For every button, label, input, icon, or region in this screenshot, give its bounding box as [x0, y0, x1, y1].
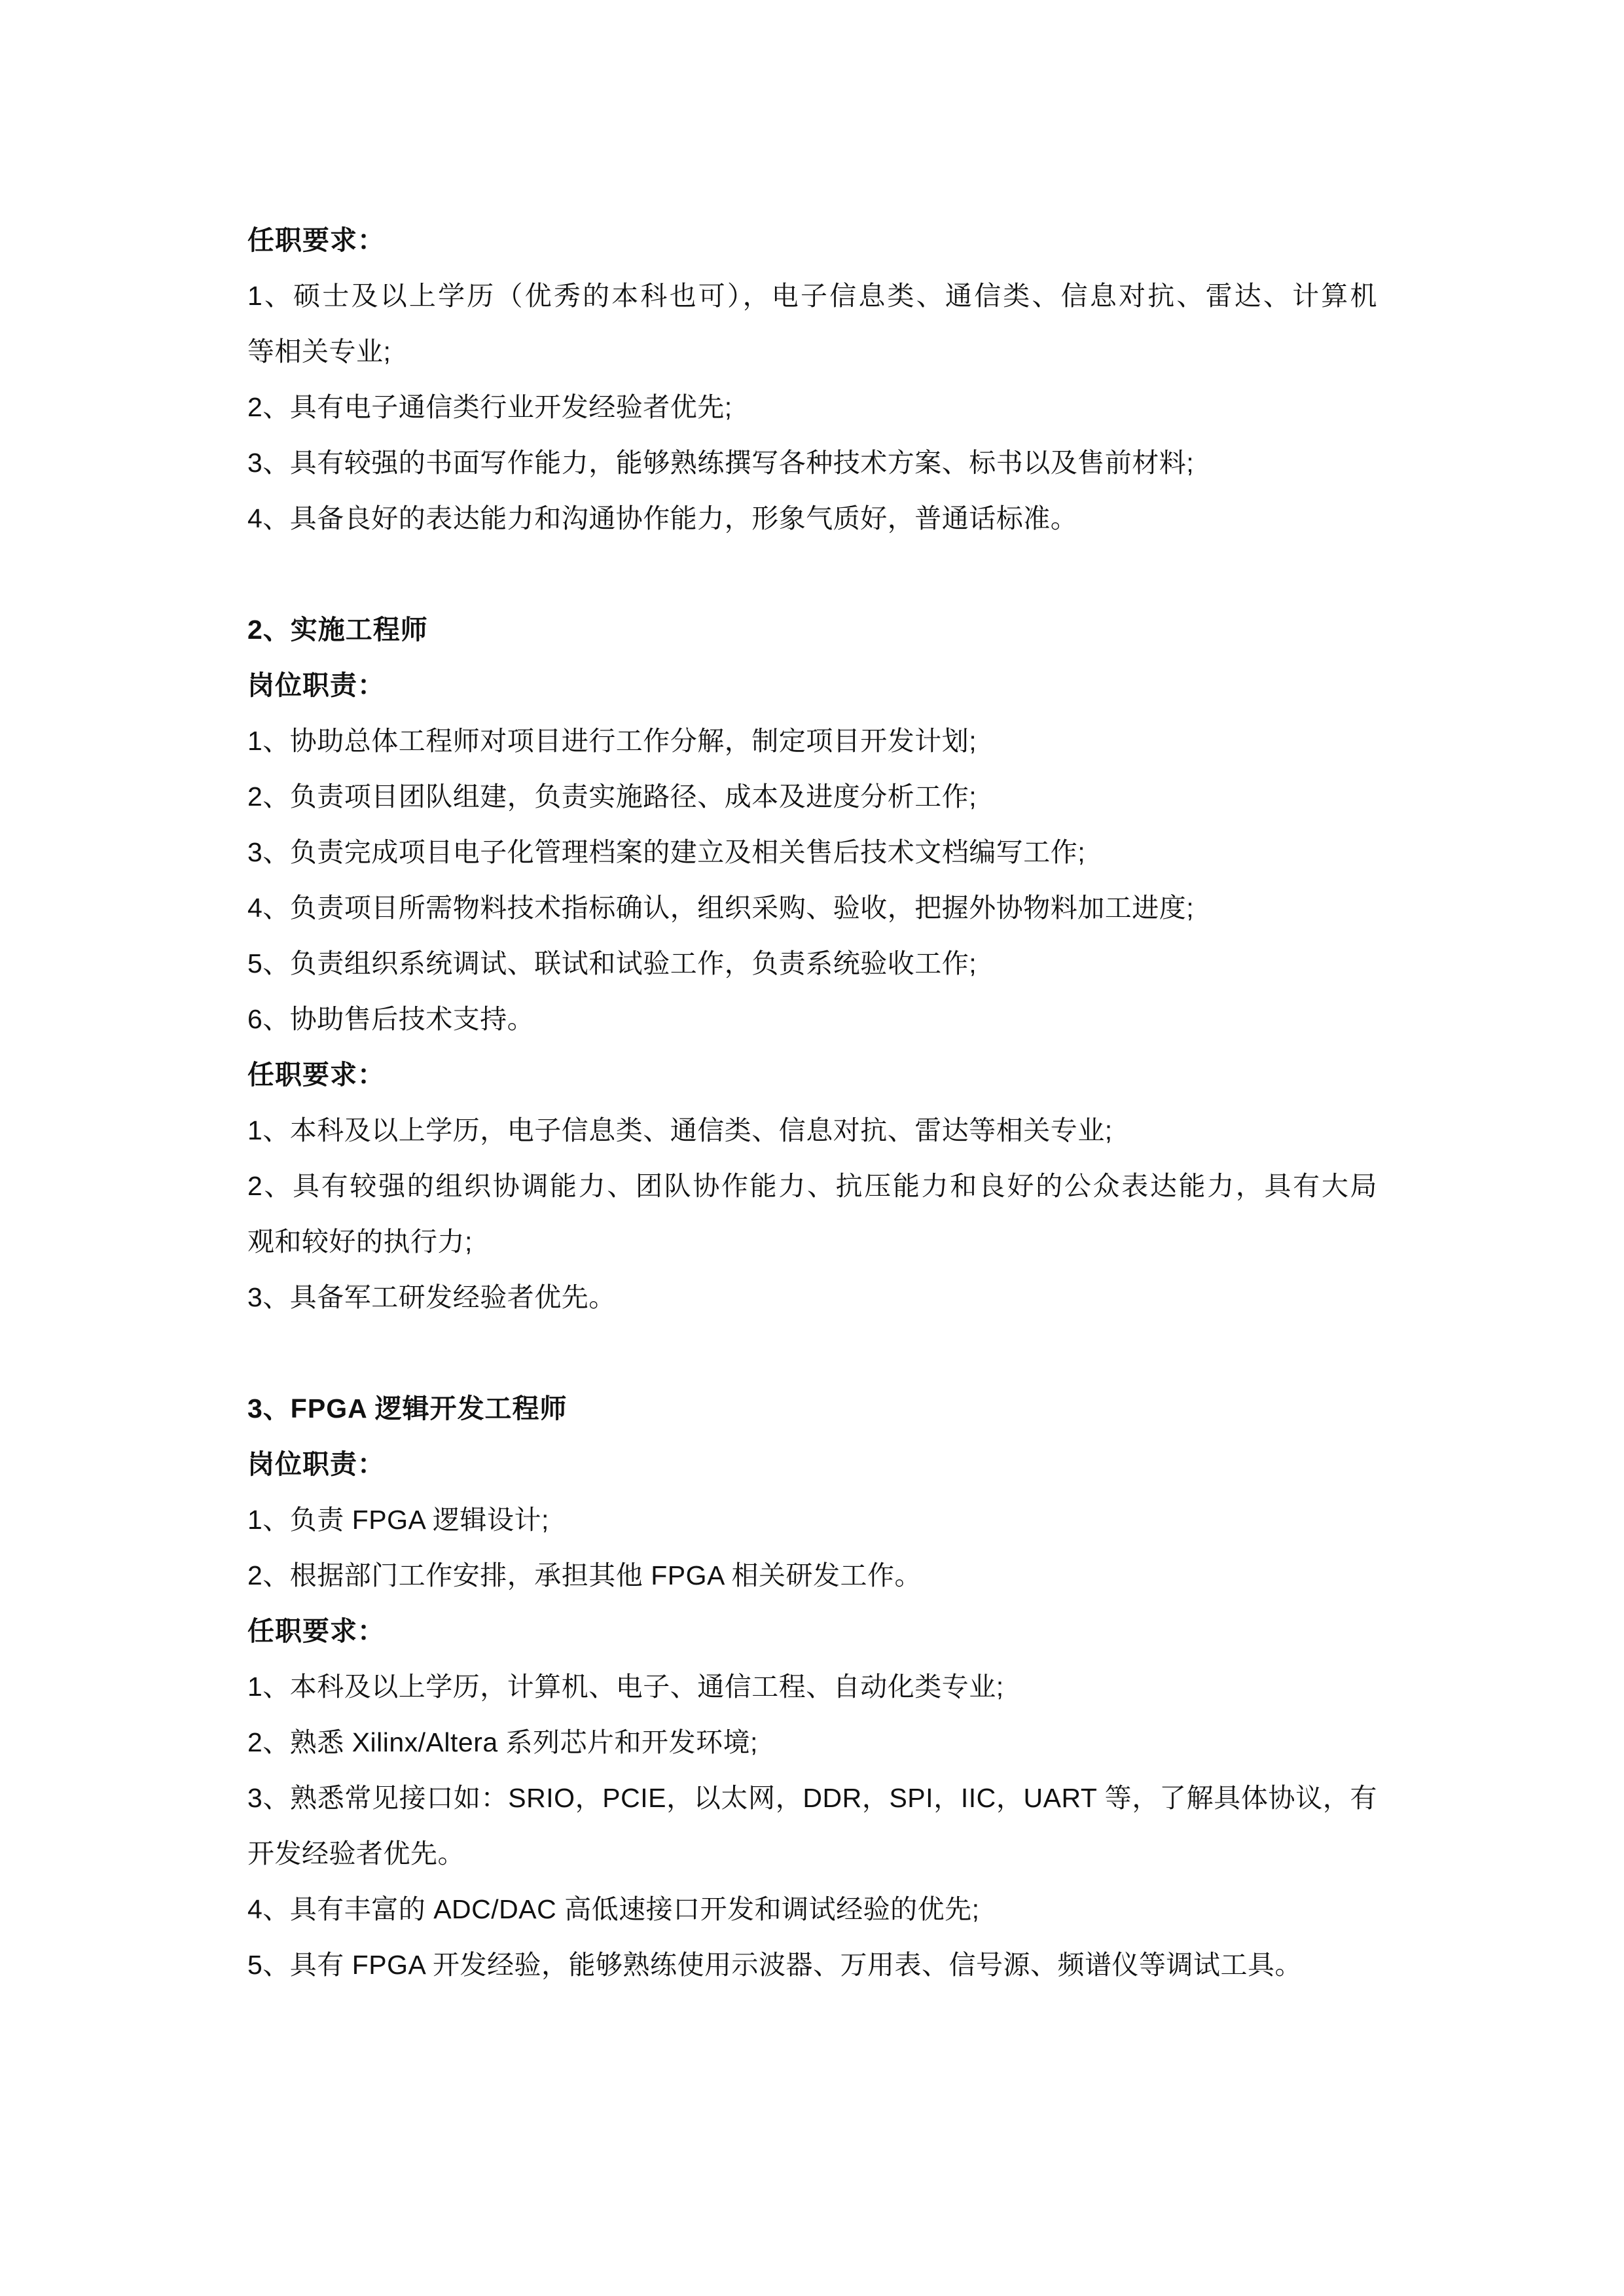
text-line: 3、负责完成项目电子化管理档案的建立及相关售后技术文档编写工作;: [247, 825, 1377, 880]
text-line: 2、具有电子通信类行业开发经验者优先;: [247, 380, 1377, 435]
text-line: 观和较好的执行力;: [247, 1214, 1377, 1270]
field-label-line: 任职要求：: [247, 1604, 1377, 1659]
text-line: 1、本科及以上学历，计算机、电子、通信工程、自动化类专业;: [247, 1659, 1377, 1715]
text-line: 4、具有丰富的 ADC/DAC 高低速接口开发和调试经验的优先;: [247, 1882, 1377, 1937]
field-label-line: 岗位职责：: [247, 1437, 1377, 1492]
text-line: 1、硕士及以上学历（优秀的本科也可），电子信息类、通信类、信息对抗、雷达、计算机: [247, 268, 1377, 324]
text-line: 4、具备良好的表达能力和沟通协作能力，形象气质好，普通话标准。: [247, 491, 1377, 547]
text-line: 6、协助售后技术支持。: [247, 992, 1377, 1047]
section-title-line: 3、FPGA 逻辑开发工程师: [247, 1381, 1377, 1437]
document-page: 任职要求： 1、硕士及以上学历（优秀的本科也可），电子信息类、通信类、信息对抗、…: [0, 0, 1624, 2296]
blank-line: [247, 1325, 1377, 1381]
text-line: 5、具有 FPGA 开发经验，能够熟练使用示波器、万用表、信号源、频谱仪等调试工…: [247, 1937, 1377, 1993]
text-line: 1、本科及以上学历，电子信息类、通信类、信息对抗、雷达等相关专业;: [247, 1103, 1377, 1158]
text-line: 1、负责 FPGA 逻辑设计;: [247, 1492, 1377, 1548]
text-line: 3、具有较强的书面写作能力，能够熟练撰写各种技术方案、标书以及售前材料;: [247, 435, 1377, 491]
field-label-line: 任职要求：: [247, 213, 1377, 268]
text-line: 5、负责组织系统调试、联试和试验工作，负责系统验收工作;: [247, 936, 1377, 992]
document-content: 任职要求： 1、硕士及以上学历（优秀的本科也可），电子信息类、通信类、信息对抗、…: [247, 213, 1377, 1993]
text-line: 2、熟悉 Xilinx/Altera 系列芯片和开发环境;: [247, 1715, 1377, 1770]
text-line: 开发经验者优先。: [247, 1826, 1377, 1882]
field-label-line: 岗位职责：: [247, 658, 1377, 713]
field-label-line: 任职要求：: [247, 1047, 1377, 1103]
text-line: 4、负责项目所需物料技术指标确认，组织采购、验收，把握外协物料加工进度;: [247, 880, 1377, 936]
text-line: 2、负责项目团队组建，负责实施路径、成本及进度分析工作;: [247, 769, 1377, 825]
section-title-line: 2、实施工程师: [247, 602, 1377, 658]
text-line: 3、熟悉常见接口如：SRIO，PCIE，以太网，DDR，SPI，IIC，UART…: [247, 1770, 1377, 1826]
text-line: 1、协助总体工程师对项目进行工作分解，制定项目开发计划;: [247, 713, 1377, 769]
text-line: 2、根据部门工作安排，承担其他 FPGA 相关研发工作。: [247, 1548, 1377, 1604]
text-line: 3、具备军工研发经验者优先。: [247, 1270, 1377, 1325]
text-line: 2、具有较强的组织协调能力、团队协作能力、抗压能力和良好的公众表达能力，具有大局: [247, 1158, 1377, 1214]
blank-line: [247, 547, 1377, 602]
text-line: 等相关专业;: [247, 324, 1377, 380]
